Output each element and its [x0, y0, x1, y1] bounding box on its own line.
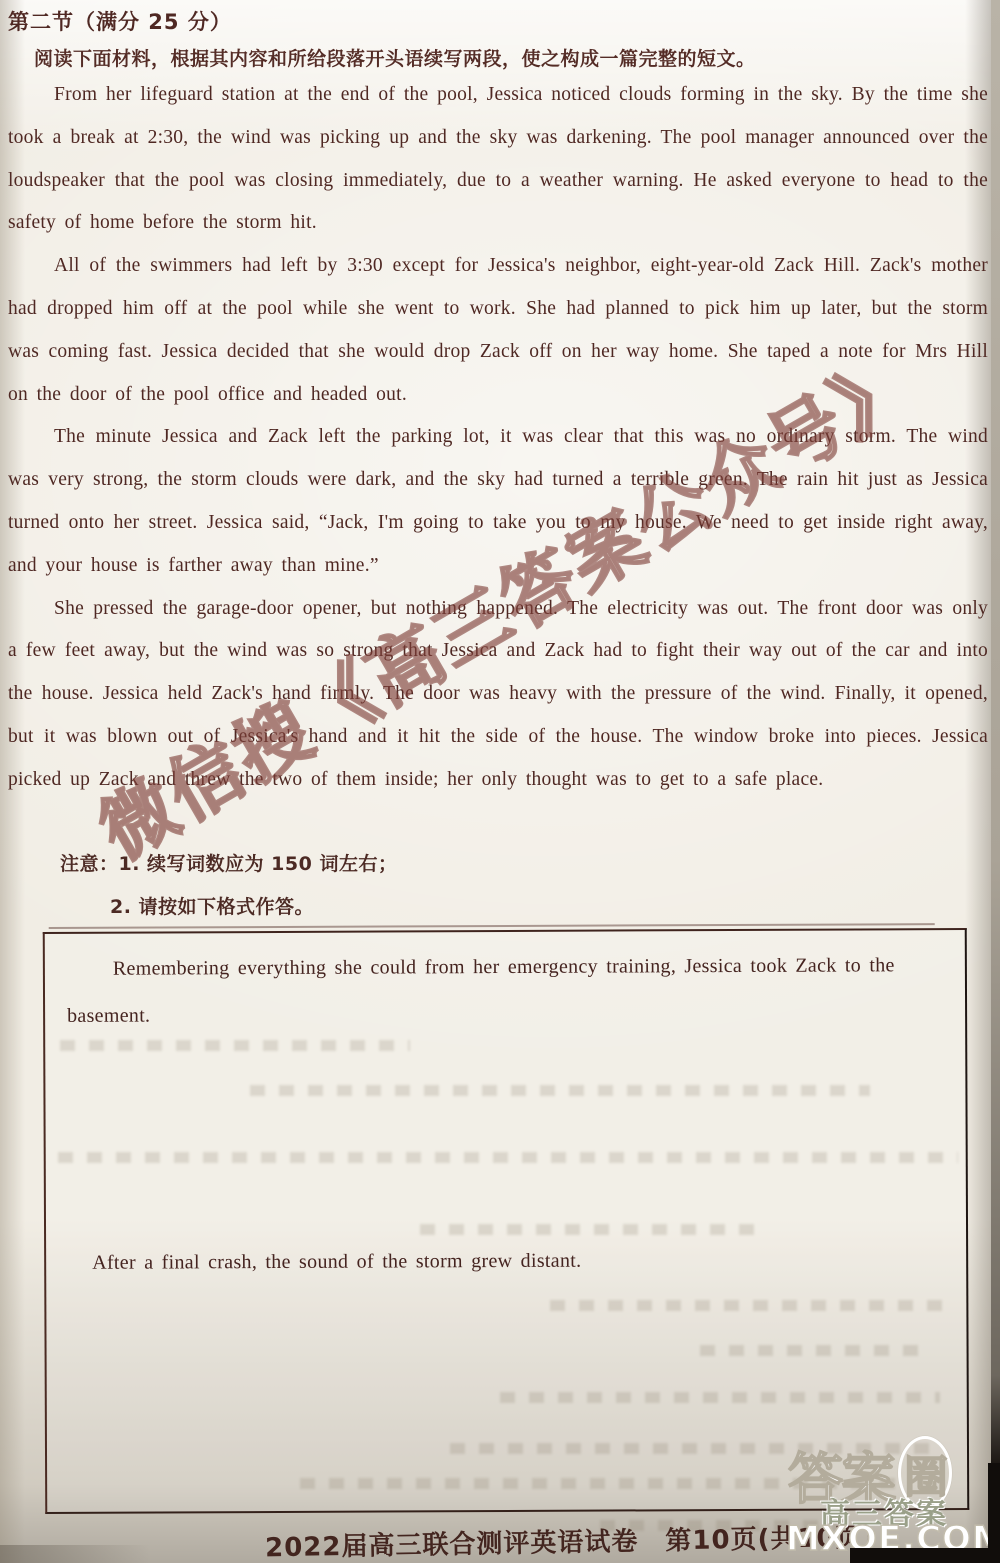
- bleed-through-line: [700, 1345, 930, 1356]
- closing-sentence-prompt: After a final crash, the sound of the st…: [92, 1248, 906, 1275]
- scan-corner-shadow: [0, 1545, 150, 1563]
- reading-passage: From her lifeguard station at the end of…: [8, 74, 988, 802]
- bleed-through-line: [500, 1392, 940, 1403]
- instruction-text: 阅读下面材料，根据其内容和所给段落开头语续写两段，使之构成一篇完整的短文。: [34, 44, 980, 71]
- answer-writing-box: Remembering everything she could from he…: [43, 928, 970, 1514]
- passage-paragraph: The minute Jessica and Zack left the par…: [8, 416, 988, 587]
- bleed-through-line: [250, 1085, 870, 1096]
- passage-paragraph: She pressed the garage-door opener, but …: [8, 588, 988, 802]
- answer-circle-watermark: 答案圈 高三答案 MXQE.COM: [786, 1443, 1000, 1563]
- bleed-through-line: [58, 1152, 958, 1163]
- bleed-through-line: [550, 1300, 950, 1311]
- note-word-count: 注意：1. 续写词数应为 150 词左右；: [60, 849, 397, 876]
- passage-paragraph: From her lifeguard station at the end of…: [8, 74, 988, 245]
- scan-edge-shadow: [991, 0, 1000, 1563]
- note-format: 2. 请按如下格式作答。: [110, 892, 314, 919]
- scan-black-corner: [988, 1463, 1000, 1563]
- bleed-through-line: [60, 1040, 410, 1051]
- passage-paragraph: All of the swimmers had left by 3:30 exc…: [8, 245, 988, 416]
- bleed-through-line: [420, 1224, 760, 1235]
- page-footer: 2022届高三联合测评英语试卷 第10页(共10页): [265, 1517, 876, 1563]
- scan-black-corner: [850, 1548, 1000, 1563]
- section-header: 第二节（满分 25 分）: [8, 6, 232, 36]
- exam-page-scan: 第二节（满分 25 分） 阅读下面材料，根据其内容和所给段落开头语续写两段，使之…: [0, 0, 1000, 1563]
- opening-sentence-prompt: Remembering everything she could from he…: [67, 942, 947, 1040]
